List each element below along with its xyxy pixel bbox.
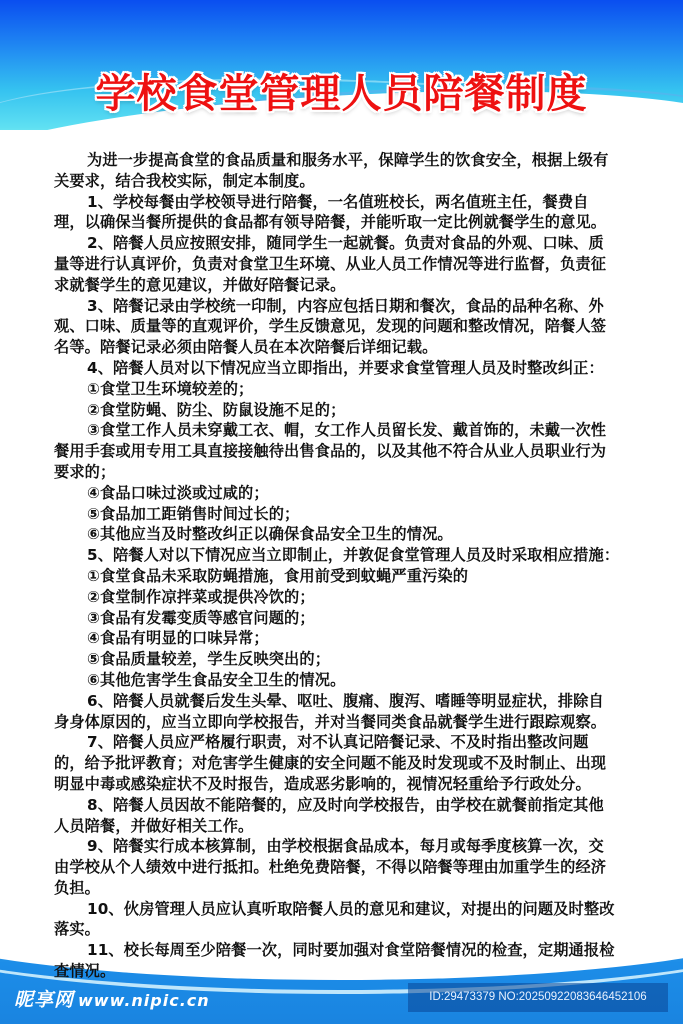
body-line: 为进一步提高食堂的食品质量和服务水平，保障学生的饮食安全，根据上级有 <box>54 150 634 171</box>
body-line: 7、陪餐人员应严格履行职责，对不认真记陪餐记录、不及时指出整改问题 <box>54 732 634 753</box>
body-line: 3、陪餐记录由学校统一印制，内容应包括日期和餐次，食品的品种名称、外 <box>54 296 634 317</box>
body-line: 11、校长每周至少陪餐一次，同时要加强对食堂陪餐情况的检查，定期通报检 <box>54 940 634 961</box>
body-line: ⑤食品质量较差，学生反映突出的； <box>54 649 634 670</box>
body-line: 1、学校每餐由学校领导进行陪餐，一名值班校长，两名值班主任，餐费自 <box>54 192 634 213</box>
body-line: 求就餐学生的意见建议，并做好陪餐记录。 <box>54 275 634 296</box>
body-line: ④食品口味过淡或过咸的； <box>54 483 634 504</box>
body-line: ④食品有明显的口味异常； <box>54 628 634 649</box>
body-line: 理，以确保当餐所提供的食品都有领导陪餐，并能听取一定比例就餐学生的意见。 <box>54 212 634 233</box>
body-line: ⑤食品加工距销售时间过长的； <box>54 504 634 525</box>
watermark-id-badge: ID:29473379 NO:20250922083646452106 <box>408 983 668 1012</box>
body-line: 要求的； <box>54 462 634 483</box>
body-line: 的，给予批评教育；对危害学生健康的安全问题不能及时发现或不及时制止、出现 <box>54 753 634 774</box>
regulation-body: 为进一步提高食堂的食品质量和服务水平，保障学生的饮食安全，根据上级有 关要求，结… <box>54 150 634 982</box>
body-line: 餐用手套或用专用工具直接接触待出售食品的，以及其他不符合从业人员职业行为 <box>54 441 634 462</box>
watermark-logo: 昵享网www.nipic.cn <box>14 985 210 1012</box>
body-line: ②食堂防蝇、防尘、防鼠设施不足的； <box>54 400 634 421</box>
body-line: ③食品有发霉变质等感官问题的； <box>54 608 634 629</box>
watermark-logo-text: 昵享网 <box>14 989 74 1011</box>
body-line: 明显中毒或感染症状不及时报告，造成恶劣影响的，视情况轻重给予行政处分。 <box>54 774 634 795</box>
body-line: 关要求，结合我校实际，制定本制度。 <box>54 171 634 192</box>
body-line: 量等进行认真评价，负责对食堂卫生环境、从业人员工作情况等进行监督，负责征 <box>54 254 634 275</box>
body-line: 观、口味、质量等的直观评价，学生反馈意见，发现的问题和整改情况，陪餐人签 <box>54 316 634 337</box>
body-line: ②食堂制作凉拌菜或提供冷饮的； <box>54 587 634 608</box>
body-line: 8、陪餐人员因故不能陪餐的，应及时向学校报告，由学校在就餐前指定其他 <box>54 795 634 816</box>
body-line: 9、陪餐实行成本核算制，由学校根据食品成本，每月或每季度核算一次，交 <box>54 836 634 857</box>
body-line: ⑥其他危害学生食品安全卫生的情况。 <box>54 670 634 691</box>
body-line: ③食堂工作人员未穿戴工衣、帽，女工作人员留长发、戴首饰的，未戴一次性 <box>54 420 634 441</box>
watermark-url: www.nipic.cn <box>78 991 210 1010</box>
body-line: 人员陪餐，并做好相关工作。 <box>54 816 634 837</box>
body-line: 2、陪餐人员应按照安排，随同学生一起就餐。负责对食品的外观、口味、质 <box>54 233 634 254</box>
body-line: 身身体原因的，应当立即向学校报告，并对当餐同类食品就餐学生进行跟踪观察。 <box>54 712 634 733</box>
poster-title: 学校食堂管理人员陪餐制度 <box>0 62 683 119</box>
body-line: 名等。陪餐记录必须由陪餐人员在本次陪餐后详细记载。 <box>54 337 634 358</box>
body-line: 6、陪餐人员就餐后发生头晕、呕吐、腹痛、腹泻、嗜睡等明显症状，排除自 <box>54 691 634 712</box>
body-line: ⑥其他应当及时整改纠正以确保食品安全卫生的情况。 <box>54 524 634 545</box>
body-line: 5、陪餐人对以下情况应当立即制止，并敦促食堂管理人员及时采取相应措施： <box>54 545 634 566</box>
body-line: 由学校从个人绩效中进行抵扣。杜绝免费陪餐，不得以陪餐等理由加重学生的经济 <box>54 857 634 878</box>
body-line: ①食堂卫生环境较差的； <box>54 379 634 400</box>
body-line: 查情况。 <box>54 961 634 982</box>
body-line: ①食堂食品未采取防蝇措施，食用前受到蚊蝇严重污染的 <box>54 566 634 587</box>
body-line: 4、陪餐人员对以下情况应当立即指出，并要求食堂管理人员及时整改纠正： <box>54 358 634 379</box>
body-line: 落实。 <box>54 919 634 940</box>
body-line: 负担。 <box>54 878 634 899</box>
body-line: 10、伙房管理人员应认真听取陪餐人员的意见和建议，对提出的问题及时整改 <box>54 899 634 920</box>
